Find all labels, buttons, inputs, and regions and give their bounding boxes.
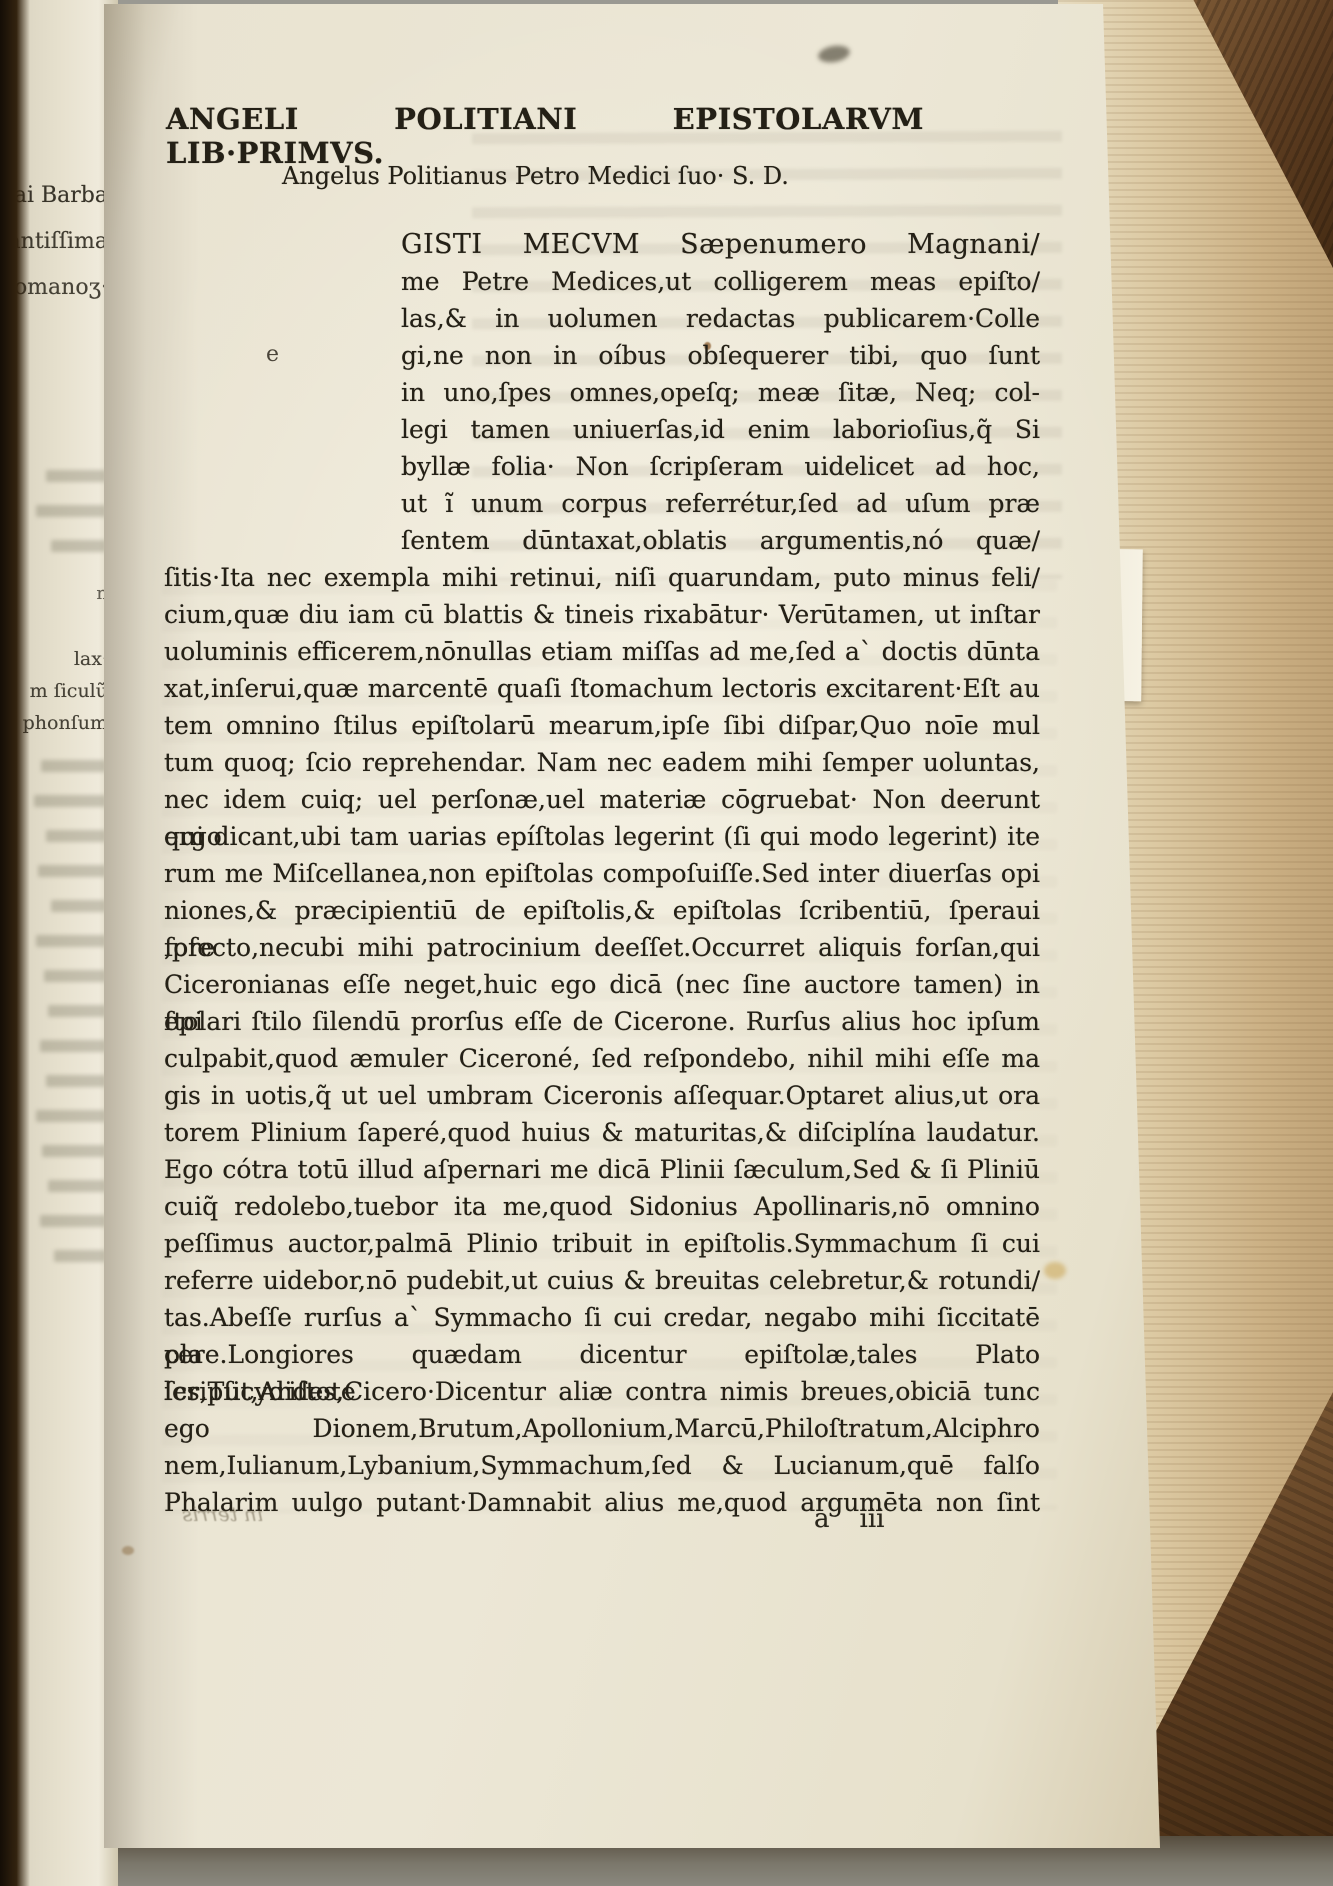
foxing-spot <box>1044 1262 1066 1279</box>
text-line: les,Tucydides,Cicero·Dicentur aliæ contr… <box>164 1373 1040 1410</box>
faint-text-bar <box>51 540 106 552</box>
text-line: las,& in uolumen redactas publicarem·Col… <box>401 300 1040 337</box>
text-line: culpabit,quod æmuler Ciceroné, ſed reſpo… <box>164 1040 1040 1077</box>
text-line: ſitis·Ita nec exempla mihi retinui, niſi… <box>164 559 1040 596</box>
show-through-text: in terris <box>182 1502 263 1526</box>
text-line: peſſimus auctor,palmā Plinio tribuit in … <box>164 1225 1040 1262</box>
text-line: ut ĩ unum corpus referrétur,ſed ad uſum … <box>401 485 1040 522</box>
text-line: ego Dionem,Brutum,Apollonium,Marcū,Philo… <box>164 1410 1040 1447</box>
text-line: in uno,ſpes omnes,opeſq; meæ ſitæ, Neq; … <box>401 374 1040 411</box>
marginalia-fragment: m ſiculũ <box>30 680 108 702</box>
text-line: nem,Iulianum,Lybanium,Symmachum,ſed & Lu… <box>164 1447 1040 1484</box>
book-page: ANGELI POLITIANI EPISTOLARVM LIB·PRIMVS.… <box>104 4 1168 1848</box>
text-line: legi tamen uniuerſas,id enim laborioſius… <box>401 411 1040 448</box>
text-line: Ciceronianas eſſe neget,huic ego dicā (n… <box>164 966 1040 1003</box>
faint-text-bar <box>51 900 106 912</box>
text-line: GISTI MECVM Sæpenumero Magnani/ <box>401 226 1040 263</box>
letter-body: GISTI MECVM Sæpenumero Magnani/me Petre … <box>164 226 1040 1521</box>
faint-text-bar <box>54 1250 106 1262</box>
signature-numeral: iii <box>860 1504 885 1534</box>
faint-text-bar <box>46 470 106 482</box>
faint-text-bar <box>34 795 106 807</box>
foxing-spot <box>122 1546 134 1555</box>
faint-text-bar <box>36 1110 106 1122</box>
text-line: rum me Miſcellanea,non epiſtolas compoſu… <box>164 855 1040 892</box>
salutation-line: Angelus Politianus Petro Medici ſuo· S. … <box>282 162 738 190</box>
faint-text-bar <box>38 865 106 877</box>
faint-text-bar <box>48 1005 106 1017</box>
book-photograph: lai Barbaantiſſimaomanoʒ·nlax·m ſiculũph… <box>0 0 1333 1886</box>
text-line: me Petre Medices,ut colligerem meas epiſ… <box>401 263 1040 300</box>
faint-text-bar <box>46 1075 106 1087</box>
faint-text-bar <box>41 760 106 772</box>
faint-text-bar <box>36 935 106 947</box>
text-line: xat,inſerui,quæ marcentē quaſi ſtomachum… <box>164 670 1040 707</box>
marginalia-fragment: phonſum <box>23 712 108 734</box>
marginalia-fragment: lax· <box>74 648 108 670</box>
faint-text-bar <box>44 970 106 982</box>
text-line: tas.Abeſſe rurſus a` Symmacho ſi cui cre… <box>164 1299 1040 1336</box>
text-line: qui dicant,ubi tam uarias epíſtolas lege… <box>164 818 1040 855</box>
text-line: niones,& præcipientiū de epiſtolis,& epi… <box>164 892 1040 929</box>
text-line: ,pfecto,necubi mihi patrocinium deeſſet.… <box>164 929 1040 966</box>
running-title: ANGELI POLITIANI EPISTOLARVM LIB·PRIMVS. <box>166 102 924 170</box>
faint-text-bar <box>42 1145 106 1157</box>
text-line: cium,quæ diu iam cū blattis & tineis rix… <box>164 596 1040 633</box>
faint-text-bar <box>36 505 106 517</box>
text-line: cuiq̃ redolebo,tuebor ita me,quod Sidoni… <box>164 1188 1040 1225</box>
book-gutter-shadow <box>0 0 30 1886</box>
text-line: uoluminis efficerem,nōnullas etiam miſſa… <box>164 633 1040 670</box>
faint-text-bar <box>48 1180 106 1192</box>
faint-text-bar <box>46 830 106 842</box>
faint-text-bar <box>40 1215 106 1227</box>
text-line: byllæ folia· Non ſcripſeram uidelicet ad… <box>401 448 1040 485</box>
text-line: ſtolari ſtilo ſilendū prorſus eſſe de Ci… <box>164 1003 1040 1040</box>
text-line: torem Plinium ſaperé,quod huius & maturi… <box>164 1114 1040 1151</box>
ink-smudge <box>817 43 851 64</box>
text-line: tem omnino ſtilus epiſtolarū mearum,ipſe… <box>164 707 1040 744</box>
text-line: Ego cótra totū illud aſpernari me dicā P… <box>164 1151 1040 1188</box>
text-line: gis in uotis,q̃ ut uel umbram Ciceronis … <box>164 1077 1040 1114</box>
text-line: ſentem dūntaxat,oblatis argumentis,nó qu… <box>401 522 1040 559</box>
text-line: referre uidebor,nō pudebit,ut cuius & br… <box>164 1262 1040 1299</box>
signature-letter: a <box>814 1504 830 1534</box>
text-line: cere.Longiores quædam dicentur epiſtolæ,… <box>164 1336 1040 1373</box>
faint-text-bar <box>40 1040 106 1052</box>
text-line: tum quoq; ſcio reprehendar. Nam nec eade… <box>164 744 1040 781</box>
text-line: nec idem cuiq; uel perſonæ,uel materiæ c… <box>164 781 1040 818</box>
text-line: gi,ne non in oíbus obſequerer tibi, quo … <box>401 337 1040 374</box>
signature-mark: aiii <box>814 1504 914 1534</box>
